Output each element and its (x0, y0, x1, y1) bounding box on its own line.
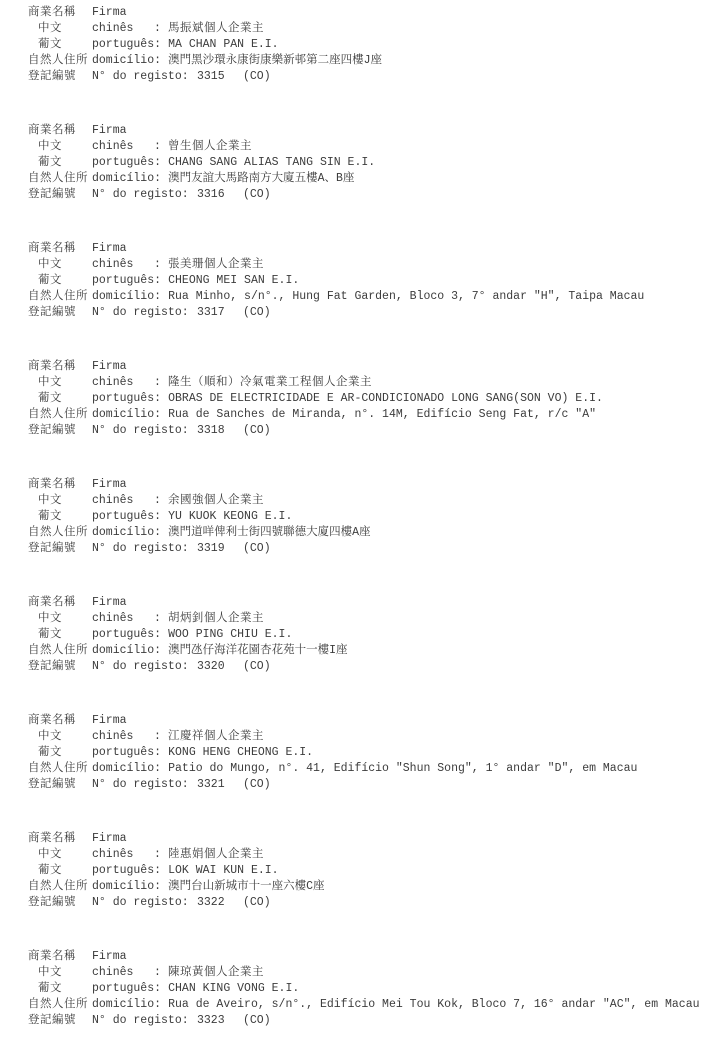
firma-row: 商業名稱 Firma (28, 359, 698, 375)
colon-separator: : (154, 981, 168, 997)
label-firma-pt: Firma (92, 831, 154, 847)
label-registry-pt: N° do registo: (92, 305, 197, 321)
label-chinese-pt: chinês (92, 847, 154, 863)
label-registry-pt: N° do registo: (92, 895, 197, 911)
label-registry-zh: 登記編號 (28, 69, 92, 85)
label-firma-pt: Firma (92, 5, 154, 21)
portuguese-name-row: 葡文 português : CHAN KING VONG E.I. (28, 981, 698, 997)
registration-number: 3316 (197, 187, 243, 203)
label-domicile-zh: 自然人住所 (28, 761, 92, 777)
registration-row: 登記編號 N° do registo: 3321 (CO) (28, 777, 698, 793)
domicile-row: 自然人住所 domicílio : Rua Minho, s/n°., Hung… (28, 289, 698, 305)
label-chinese-pt: chinês (92, 139, 154, 155)
chinese-name-row: 中文 chinês : 曾生個人企業主 (28, 139, 698, 155)
domicile-value: 澳門氹仔海洋花園杏花苑十一樓I座 (168, 643, 347, 659)
label-firma-pt: Firma (92, 477, 154, 493)
domicile-value: Rua de Aveiro, s/n°., Edifício Mei Tou K… (168, 997, 699, 1013)
registration-suffix: (CO) (243, 423, 271, 439)
chinese-name-row: 中文 chinês : 江慶祥個人企業主 (28, 729, 698, 745)
registration-number: 3318 (197, 423, 243, 439)
registration-number: 3319 (197, 541, 243, 557)
label-firma-pt: Firma (92, 949, 154, 965)
label-portuguese-pt: português (92, 627, 154, 643)
chinese-name-value: 陳琼黃個人企業主 (168, 965, 264, 981)
label-registry-zh: 登記編號 (28, 541, 92, 557)
firma-row: 商業名稱 Firma (28, 831, 698, 847)
registration-row: 登記編號 N° do registo: 3319 (CO) (28, 541, 698, 557)
label-domicile-pt: domicílio (92, 879, 154, 895)
label-chinese-pt: chinês (92, 257, 154, 273)
registry-entry: 商業名稱 Firma 中文 chinês : 張美珊個人企業主 葡文 portu… (28, 241, 698, 321)
label-firma-zh: 商業名稱 (28, 359, 92, 375)
colon-separator: : (154, 407, 168, 423)
label-firma-pt: Firma (92, 123, 154, 139)
colon-separator: : (154, 53, 168, 69)
registry-entry: 商業名稱 Firma 中文 chinês : 余國強個人企業主 葡文 portu… (28, 477, 698, 557)
chinese-name-value: 馬振斌個人企業主 (168, 21, 264, 37)
firma-row: 商業名稱 Firma (28, 595, 698, 611)
registration-suffix: (CO) (243, 305, 271, 321)
colon-separator: : (154, 863, 168, 879)
label-chinese-pt: chinês (92, 21, 154, 37)
label-portuguese-pt: português (92, 273, 154, 289)
label-firma-zh: 商業名稱 (28, 595, 92, 611)
label-chinese-pt: chinês (92, 493, 154, 509)
registration-row: 登記編號 N° do registo: 3317 (CO) (28, 305, 698, 321)
portuguese-name-row: 葡文 português : CHEONG MEI SAN E.I. (28, 273, 698, 289)
label-chinese-zh: 中文 (28, 729, 92, 745)
domicile-row: 自然人住所 domicílio : 澳門氹仔海洋花園杏花苑十一樓I座 (28, 643, 698, 659)
chinese-name-value: 江慶祥個人企業主 (168, 729, 264, 745)
label-chinese-zh: 中文 (28, 139, 92, 155)
label-domicile-pt: domicílio (92, 171, 154, 187)
registration-row: 登記編號 N° do registo: 3316 (CO) (28, 187, 698, 203)
label-registry-pt: N° do registo: (92, 187, 197, 203)
label-registry-zh: 登記編號 (28, 305, 92, 321)
registration-row: 登記編號 N° do registo: 3323 (CO) (28, 1013, 698, 1029)
label-domicile-zh: 自然人住所 (28, 171, 92, 187)
label-registry-zh: 登記編號 (28, 659, 92, 675)
label-registry-pt: N° do registo: (92, 423, 197, 439)
colon-separator: : (154, 965, 168, 981)
label-firma-pt: Firma (92, 713, 154, 729)
domicile-value: Rua Minho, s/n°., Hung Fat Garden, Bloco… (168, 289, 644, 305)
registration-number: 3321 (197, 777, 243, 793)
registry-entry: 商業名稱 Firma 中文 chinês : 胡炳釗個人企業主 葡文 portu… (28, 595, 698, 675)
colon-separator: : (154, 627, 168, 643)
label-registry-pt: N° do registo: (92, 69, 197, 85)
colon-separator: : (154, 171, 168, 187)
label-chinese-pt: chinês (92, 965, 154, 981)
label-portuguese-zh: 葡文 (28, 391, 92, 407)
label-registry-pt: N° do registo: (92, 541, 197, 557)
registration-row: 登記編號 N° do registo: 3322 (CO) (28, 895, 698, 911)
portuguese-name-row: 葡文 português : LOK WAI KUN E.I. (28, 863, 698, 879)
label-firma-zh: 商業名稱 (28, 713, 92, 729)
registration-row: 登記編號 N° do registo: 3315 (CO) (28, 69, 698, 85)
label-domicile-zh: 自然人住所 (28, 997, 92, 1013)
registry-entry: 商業名稱 Firma 中文 chinês : 馬振斌個人企業主 葡文 portu… (28, 5, 698, 85)
label-firma-zh: 商業名稱 (28, 831, 92, 847)
domicile-value: Rua de Sanches de Miranda, n°. 14M, Edif… (168, 407, 596, 423)
registration-suffix: (CO) (243, 777, 271, 793)
label-domicile-zh: 自然人住所 (28, 53, 92, 69)
colon-separator: : (154, 997, 168, 1013)
colon-separator: : (154, 729, 168, 745)
colon-separator: : (154, 745, 168, 761)
domicile-row: 自然人住所 domicílio : Rua de Sanches de Mira… (28, 407, 698, 423)
label-registry-pt: N° do registo: (92, 659, 197, 675)
colon-separator: : (154, 37, 168, 53)
label-domicile-pt: domicílio (92, 643, 154, 659)
label-firma-zh: 商業名稱 (28, 477, 92, 493)
label-registry-zh: 登記編號 (28, 187, 92, 203)
registration-row: 登記編號 N° do registo: 3318 (CO) (28, 423, 698, 439)
portuguese-name-row: 葡文 português : WOO PING CHIU E.I. (28, 627, 698, 643)
label-registry-zh: 登記編號 (28, 423, 92, 439)
registration-number: 3322 (197, 895, 243, 911)
portuguese-name-row: 葡文 português : YU KUOK KEONG E.I. (28, 509, 698, 525)
colon-separator: : (154, 289, 168, 305)
domicile-row: 自然人住所 domicílio : 澳門黑沙環永康街康樂新邨第二座四樓J座 (28, 53, 698, 69)
chinese-name-value: 陸惠娟個人企業主 (168, 847, 264, 863)
label-chinese-zh: 中文 (28, 847, 92, 863)
colon-separator: : (154, 391, 168, 407)
portuguese-name-value: CHAN KING VONG E.I. (168, 981, 299, 997)
label-portuguese-zh: 葡文 (28, 509, 92, 525)
label-firma-zh: 商業名稱 (28, 5, 92, 21)
registration-suffix: (CO) (243, 541, 271, 557)
label-firma-zh: 商業名稱 (28, 949, 92, 965)
colon-separator: : (154, 847, 168, 863)
label-portuguese-pt: português (92, 37, 154, 53)
registration-suffix: (CO) (243, 1013, 271, 1029)
label-firma-pt: Firma (92, 241, 154, 257)
chinese-name-value: 張美珊個人企業主 (168, 257, 264, 273)
chinese-name-row: 中文 chinês : 隆生（順和）冷氣電業工程個人企業主 (28, 375, 698, 391)
domicile-value: 澳門台山新城市十一座六樓C座 (168, 879, 324, 895)
registration-suffix: (CO) (243, 187, 271, 203)
domicile-value: 澳門友誼大馬路南方大廈五樓A、B座 (168, 171, 354, 187)
registration-number: 3315 (197, 69, 243, 85)
label-domicile-pt: domicílio (92, 53, 154, 69)
registration-number: 3323 (197, 1013, 243, 1029)
portuguese-name-row: 葡文 português : KONG HENG CHEONG E.I. (28, 745, 698, 761)
registry-entries-list: 商業名稱 Firma 中文 chinês : 馬振斌個人企業主 葡文 portu… (28, 5, 698, 1029)
chinese-name-row: 中文 chinês : 張美珊個人企業主 (28, 257, 698, 273)
colon-separator: : (154, 525, 168, 541)
domicile-row: 自然人住所 domicílio : 澳門台山新城市十一座六樓C座 (28, 879, 698, 895)
registry-entry: 商業名稱 Firma 中文 chinês : 陳琼黃個人企業主 葡文 portu… (28, 949, 698, 1029)
portuguese-name-value: CHANG SANG ALIAS TANG SIN E.I. (168, 155, 375, 171)
label-portuguese-zh: 葡文 (28, 627, 92, 643)
chinese-name-row: 中文 chinês : 陳琼黃個人企業主 (28, 965, 698, 981)
label-chinese-zh: 中文 (28, 257, 92, 273)
label-portuguese-pt: português (92, 509, 154, 525)
colon-separator: : (154, 643, 168, 659)
colon-separator: : (154, 257, 168, 273)
label-firma-zh: 商業名稱 (28, 241, 92, 257)
label-portuguese-pt: português (92, 981, 154, 997)
portuguese-name-row: 葡文 português : OBRAS DE ELECTRICIDADE E … (28, 391, 698, 407)
label-registry-zh: 登記編號 (28, 1013, 92, 1029)
chinese-name-row: 中文 chinês : 胡炳釗個人企業主 (28, 611, 698, 627)
registration-suffix: (CO) (243, 69, 271, 85)
label-firma-zh: 商業名稱 (28, 123, 92, 139)
label-domicile-zh: 自然人住所 (28, 525, 92, 541)
label-chinese-zh: 中文 (28, 493, 92, 509)
label-portuguese-pt: português (92, 391, 154, 407)
label-chinese-zh: 中文 (28, 21, 92, 37)
registration-row: 登記編號 N° do registo: 3320 (CO) (28, 659, 698, 675)
label-domicile-zh: 自然人住所 (28, 289, 92, 305)
label-portuguese-zh: 葡文 (28, 745, 92, 761)
label-portuguese-zh: 葡文 (28, 981, 92, 997)
label-registry-pt: N° do registo: (92, 777, 197, 793)
domicile-row: 自然人住所 domicílio : Patio do Mungo, n°. 41… (28, 761, 698, 777)
label-domicile-zh: 自然人住所 (28, 879, 92, 895)
registration-number: 3317 (197, 305, 243, 321)
label-domicile-zh: 自然人住所 (28, 407, 92, 423)
label-portuguese-zh: 葡文 (28, 37, 92, 53)
domicile-row: 自然人住所 domicílio : 澳門友誼大馬路南方大廈五樓A、B座 (28, 171, 698, 187)
label-chinese-zh: 中文 (28, 611, 92, 627)
registry-entry: 商業名稱 Firma 中文 chinês : 江慶祥個人企業主 葡文 portu… (28, 713, 698, 793)
colon-separator: : (154, 761, 168, 777)
colon-separator: : (154, 493, 168, 509)
firma-row: 商業名稱 Firma (28, 5, 698, 21)
chinese-name-value: 曾生個人企業主 (168, 139, 252, 155)
label-firma-pt: Firma (92, 595, 154, 611)
domicile-row: 自然人住所 domicílio : Rua de Aveiro, s/n°., … (28, 997, 698, 1013)
colon-separator: : (154, 155, 168, 171)
registry-entry: 商業名稱 Firma 中文 chinês : 陸惠娟個人企業主 葡文 portu… (28, 831, 698, 911)
label-portuguese-pt: português (92, 745, 154, 761)
colon-separator: : (154, 375, 168, 391)
label-domicile-pt: domicílio (92, 997, 154, 1013)
portuguese-name-value: KONG HENG CHEONG E.I. (168, 745, 313, 761)
portuguese-name-row: 葡文 português : CHANG SANG ALIAS TANG SIN… (28, 155, 698, 171)
colon-separator: : (154, 21, 168, 37)
label-firma-pt: Firma (92, 359, 154, 375)
label-domicile-pt: domicílio (92, 761, 154, 777)
label-chinese-zh: 中文 (28, 375, 92, 391)
portuguese-name-value: OBRAS DE ELECTRICIDADE E AR-CONDICIONADO… (168, 391, 603, 407)
firma-row: 商業名稱 Firma (28, 477, 698, 493)
label-registry-zh: 登記編號 (28, 777, 92, 793)
label-portuguese-zh: 葡文 (28, 863, 92, 879)
chinese-name-value: 隆生（順和）冷氣電業工程個人企業主 (168, 375, 372, 391)
label-chinese-zh: 中文 (28, 965, 92, 981)
label-registry-pt: N° do registo: (92, 1013, 197, 1029)
firma-row: 商業名稱 Firma (28, 123, 698, 139)
label-chinese-pt: chinês (92, 729, 154, 745)
chinese-name-value: 胡炳釗個人企業主 (168, 611, 264, 627)
colon-separator: : (154, 509, 168, 525)
domicile-value: Patio do Mungo, n°. 41, Edifício "Shun S… (168, 761, 637, 777)
chinese-name-row: 中文 chinês : 余國強個人企業主 (28, 493, 698, 509)
domicile-row: 自然人住所 domicílio : 澳門道咩俾利士街四號聯德大廈四樓A座 (28, 525, 698, 541)
label-domicile-pt: domicílio (92, 289, 154, 305)
registration-suffix: (CO) (243, 895, 271, 911)
label-chinese-pt: chinês (92, 375, 154, 391)
firma-row: 商業名稱 Firma (28, 241, 698, 257)
label-portuguese-zh: 葡文 (28, 273, 92, 289)
firma-row: 商業名稱 Firma (28, 713, 698, 729)
label-domicile-pt: domicílio (92, 525, 154, 541)
registry-entry: 商業名稱 Firma 中文 chinês : 曾生個人企業主 葡文 portug… (28, 123, 698, 203)
label-domicile-pt: domicílio (92, 407, 154, 423)
portuguese-name-row: 葡文 português : MA CHAN PAN E.I. (28, 37, 698, 53)
label-portuguese-pt: português (92, 155, 154, 171)
colon-separator: : (154, 273, 168, 289)
portuguese-name-value: LOK WAI KUN E.I. (168, 863, 278, 879)
portuguese-name-value: WOO PING CHIU E.I. (168, 627, 292, 643)
chinese-name-row: 中文 chinês : 陸惠娟個人企業主 (28, 847, 698, 863)
colon-separator: : (154, 139, 168, 155)
chinese-name-row: 中文 chinês : 馬振斌個人企業主 (28, 21, 698, 37)
registration-number: 3320 (197, 659, 243, 675)
registration-suffix: (CO) (243, 659, 271, 675)
domicile-value: 澳門道咩俾利士街四號聯德大廈四樓A座 (168, 525, 370, 541)
registry-entry: 商業名稱 Firma 中文 chinês : 隆生（順和）冷氣電業工程個人企業主… (28, 359, 698, 439)
label-portuguese-zh: 葡文 (28, 155, 92, 171)
registry-document-page: { "labels": { "firma_zh": "商業名稱", "firma… (0, 0, 702, 1060)
label-registry-zh: 登記編號 (28, 895, 92, 911)
chinese-name-value: 余國強個人企業主 (168, 493, 264, 509)
portuguese-name-value: MA CHAN PAN E.I. (168, 37, 278, 53)
portuguese-name-value: CHEONG MEI SAN E.I. (168, 273, 299, 289)
label-chinese-pt: chinês (92, 611, 154, 627)
colon-separator: : (154, 611, 168, 627)
portuguese-name-value: YU KUOK KEONG E.I. (168, 509, 292, 525)
colon-separator: : (154, 879, 168, 895)
firma-row: 商業名稱 Firma (28, 949, 698, 965)
domicile-value: 澳門黑沙環永康街康樂新邨第二座四樓J座 (168, 53, 382, 69)
label-domicile-zh: 自然人住所 (28, 643, 92, 659)
label-portuguese-pt: português (92, 863, 154, 879)
